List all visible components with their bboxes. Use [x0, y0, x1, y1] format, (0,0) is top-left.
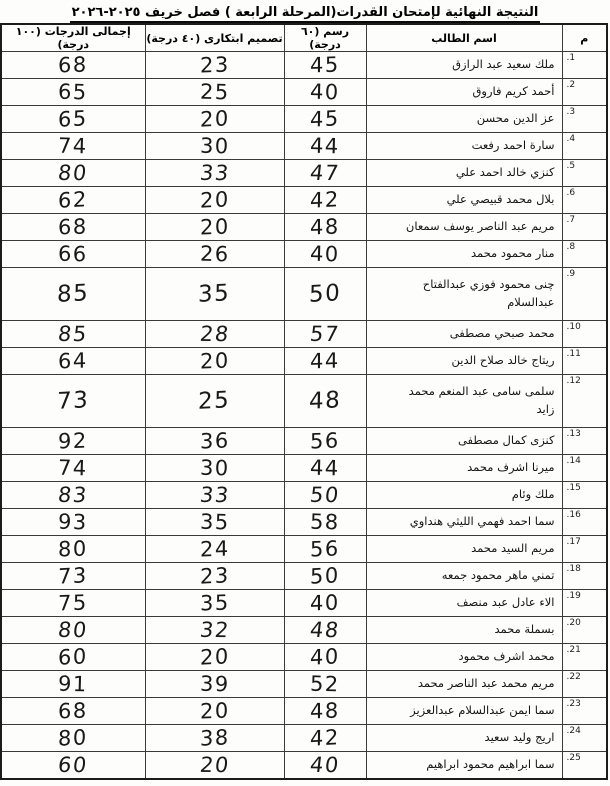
score-design-text: 24 — [200, 536, 230, 561]
score-drawing: 56 — [284, 536, 366, 563]
score-total: 85 — [1, 268, 145, 321]
row-index: 22. — [562, 671, 607, 698]
score-design: 23 — [145, 563, 284, 590]
row-index-text: 15. — [567, 483, 581, 493]
score-drawing-text: 52 — [310, 672, 340, 697]
student-name-text: أحمد كريم فاروق — [472, 84, 554, 98]
table-row: 10.محمد صبحي مصطفى572885 — [1, 321, 607, 348]
score-total: 73 — [1, 375, 145, 428]
score-drawing-text: 45 — [310, 106, 340, 132]
score-drawing: 47 — [284, 160, 366, 187]
score-design-text: 30 — [199, 456, 229, 481]
score-design-text: 33 — [198, 483, 230, 507]
student-name: تمني ماهر محمود جمعه — [366, 563, 562, 590]
student-name-text: ملك وئام — [512, 487, 555, 501]
score-drawing: 50 — [284, 268, 366, 321]
score-drawing-text: 44 — [310, 456, 340, 481]
table-row: 25.سما ابراهيم محمود ابراهيم402060 — [1, 752, 607, 779]
score-drawing-text: 48 — [310, 214, 340, 239]
score-total: 80 — [1, 160, 145, 187]
score-total: 85 — [1, 321, 145, 348]
score-drawing: 44 — [284, 348, 366, 375]
score-total-text: 66 — [58, 242, 88, 267]
score-design-text: 20 — [200, 348, 230, 373]
score-design: 30 — [145, 133, 284, 160]
student-name: سلمى سامى عبد المنعم محمد زايد — [366, 375, 562, 428]
row-index-text: 2. — [567, 80, 576, 90]
score-design-text: 20 — [199, 644, 229, 670]
student-name-text: منار محمود محمد — [471, 246, 555, 260]
score-design: 20 — [145, 214, 284, 241]
student-name: ملك سعيد عبد الرازق — [366, 52, 562, 79]
score-drawing: 52 — [284, 671, 366, 698]
table-row: 2.أحمد كريم فاروق402565 — [1, 79, 607, 106]
student-name: أحمد كريم فاروق — [366, 79, 562, 106]
score-drawing-text: 44 — [310, 134, 340, 159]
score-design: 25 — [145, 79, 284, 106]
score-drawing-text: 50 — [309, 483, 341, 507]
header-total: إجمالى الدرجات (١٠٠ درجة) — [1, 24, 145, 52]
student-name: بلال محمد قبيصي علي — [366, 187, 562, 214]
student-name-text: چنى محمود فوزي عبدالفتاح عبدالسلام — [397, 276, 555, 312]
row-index: 10. — [562, 321, 607, 348]
table-row: 21.محمد اشرف محمود402060 — [1, 644, 607, 671]
score-drawing-text: 42 — [310, 187, 340, 213]
score-design-text: 35 — [198, 280, 231, 308]
score-total: 65 — [1, 106, 145, 133]
score-design: 33 — [145, 160, 284, 187]
score-total-text: 60 — [58, 644, 88, 670]
row-index: 9. — [562, 268, 607, 321]
score-design-text: 20 — [200, 214, 230, 239]
score-drawing: 48 — [284, 214, 366, 241]
score-total: 65 — [1, 79, 145, 106]
score-drawing-text: 50 — [310, 563, 340, 589]
score-design: 23 — [145, 52, 284, 79]
student-name: چنى محمود فوزي عبدالفتاح عبدالسلام — [366, 268, 562, 321]
score-design: 28 — [145, 321, 284, 348]
score-total-text: 65 — [58, 80, 88, 105]
score-total-text: 85 — [57, 280, 90, 308]
student-name: الاء عادل عبد منصف — [366, 590, 562, 617]
scanned-results-sheet: النتيجة النهائية لإمتحان القدرات(المرحلة… — [0, 0, 610, 786]
score-drawing-text: 57 — [309, 322, 341, 346]
score-design-text: 20 — [200, 698, 230, 723]
row-index-text: 7. — [567, 215, 576, 225]
score-total-text: 91 — [58, 672, 88, 697]
score-total: 68 — [1, 214, 145, 241]
table-row: 5.كنزي خالد احمد علي473380 — [1, 160, 607, 187]
row-index-text: 22. — [567, 672, 581, 682]
row-index: 20. — [562, 617, 607, 644]
score-drawing: 40 — [284, 590, 366, 617]
table-row: 12.سلمى سامى عبد المنعم محمد زايد482573 — [1, 375, 607, 428]
score-design-text: 20 — [199, 187, 229, 213]
student-name-text: سارة احمد رفعت — [472, 138, 555, 152]
score-design-text: 32 — [198, 618, 230, 642]
score-design-text: 23 — [200, 52, 230, 77]
results-tbody: 1.ملك سعيد عبد الرازق4523682.أحمد كريم ف… — [1, 52, 607, 779]
score-total: 73 — [1, 563, 145, 590]
student-name-text: مريم محمد عبد الناصر محمد — [418, 676, 555, 690]
student-name-text: سما ابراهيم محمود ابراهيم — [426, 757, 554, 771]
student-name-text: محمد اشرف محمود — [459, 649, 555, 663]
table-row: 18.تمني ماهر محمود جمعه502373 — [1, 563, 607, 590]
score-total: 62 — [1, 187, 145, 214]
table-row: 22.مريم محمد عبد الناصر محمد523991 — [1, 671, 607, 698]
student-name: كنزي خالد احمد علي — [366, 160, 562, 187]
row-index-text: 5. — [567, 161, 576, 171]
score-total: 80 — [1, 536, 145, 563]
row-index: 18. — [562, 563, 607, 590]
score-drawing: 48 — [284, 617, 366, 644]
row-index-text: 13. — [567, 429, 581, 439]
row-index: 17. — [562, 536, 607, 563]
score-total-text: 73 — [58, 563, 88, 589]
row-index: 15. — [562, 482, 607, 509]
student-name-text: سما ايمن عبدالسلام عبدالعزيز — [410, 703, 554, 717]
row-index-text: 3. — [567, 107, 576, 117]
score-drawing: 42 — [284, 187, 366, 214]
score-drawing: 40 — [284, 241, 366, 268]
student-name: بسملة محمد — [366, 617, 562, 644]
score-design-text: 20 — [198, 753, 230, 777]
score-total-text: 74 — [58, 134, 88, 159]
score-total: 64 — [1, 348, 145, 375]
student-name-text: الاء عادل عبد منصف — [457, 595, 555, 609]
score-drawing: 40 — [284, 752, 366, 779]
student-name-text: مريم السيد محمد — [471, 541, 554, 555]
row-index: 2. — [562, 79, 607, 106]
row-index-text: 20. — [567, 618, 581, 628]
row-index: 21. — [562, 644, 607, 671]
score-design: 24 — [145, 536, 284, 563]
score-design: 20 — [145, 106, 284, 133]
score-design: 39 — [145, 671, 284, 698]
score-drawing-text: 40 — [310, 644, 340, 670]
student-name: اريج وليد سعيد — [366, 725, 562, 752]
row-index-text: 18. — [567, 564, 581, 574]
score-total: 75 — [1, 590, 145, 617]
row-index-text: 10. — [567, 322, 581, 332]
score-total: 74 — [1, 455, 145, 482]
header-drawing: رسم (٦٠ درجة) — [284, 24, 366, 52]
student-name: منار محمود محمد — [366, 241, 562, 268]
student-name: سارة احمد رفعت — [366, 133, 562, 160]
student-name-text: كنزى كمال مصطفى — [458, 433, 555, 447]
row-index-text: 4. — [567, 134, 576, 144]
score-total: 68 — [1, 52, 145, 79]
score-total: 66 — [1, 241, 145, 268]
score-design: 35 — [145, 268, 284, 321]
score-drawing-text: 47 — [309, 161, 341, 185]
student-name: مريم السيد محمد — [366, 536, 562, 563]
score-design: 20 — [145, 752, 284, 779]
student-name-text: مريم عبد الناصر يوسف سمعان — [406, 219, 555, 233]
header-index: م — [562, 24, 607, 52]
score-total-text: 68 — [58, 52, 88, 77]
student-name-text: بلال محمد قبيصي علي — [447, 192, 555, 206]
score-total-text: 75 — [58, 590, 88, 615]
row-index-text: 21. — [567, 645, 581, 655]
score-design-text: 35 — [199, 510, 229, 535]
score-drawing: 40 — [284, 79, 366, 106]
student-name-text: تمني ماهر محمود جمعه — [442, 568, 555, 582]
score-total-text: 85 — [57, 322, 89, 346]
score-design-text: 36 — [200, 428, 230, 453]
table-row: 15.ملك وئام503383 — [1, 482, 607, 509]
table-row: 14.ميرنا اشرف محمد443074 — [1, 455, 607, 482]
score-drawing: 42 — [284, 725, 366, 752]
score-design: 38 — [145, 725, 284, 752]
table-row: 24.اريج وليد سعيد423880 — [1, 725, 607, 752]
row-index: 6. — [562, 187, 607, 214]
row-index: 16. — [562, 509, 607, 536]
score-drawing-text: 44 — [310, 348, 340, 373]
score-drawing: 45 — [284, 52, 366, 79]
student-name: مريم محمد عبد الناصر محمد — [366, 671, 562, 698]
score-design-text: 30 — [199, 134, 229, 159]
score-total: 74 — [1, 133, 145, 160]
row-index-text: 6. — [567, 188, 576, 198]
score-total: 83 — [1, 482, 145, 509]
score-total-text: 92 — [58, 428, 88, 453]
score-drawing: 50 — [284, 563, 366, 590]
student-name: ريتاج خالد صلاح الدين — [366, 348, 562, 375]
score-design-text: 23 — [199, 563, 229, 589]
row-index: 25. — [562, 752, 607, 779]
row-index-text: 16. — [567, 510, 581, 520]
score-design-text: 38 — [199, 725, 229, 751]
student-name: كنزى كمال مصطفى — [366, 428, 562, 455]
score-drawing-text: 58 — [310, 510, 340, 535]
table-row: 9.چنى محمود فوزي عبدالفتاح عبدالسلام5035… — [1, 268, 607, 321]
row-index-text: 19. — [567, 591, 581, 601]
score-total-text: 80 — [57, 618, 89, 642]
score-design: 20 — [145, 187, 284, 214]
score-design: 30 — [145, 455, 284, 482]
table-row: 16.سما احمد فهمي الليثي هنداوي583593 — [1, 509, 607, 536]
student-name: عز الدين محسن — [366, 106, 562, 133]
score-total-text: 65 — [58, 106, 88, 132]
student-name-text: ملك سعيد عبد الرازق — [452, 57, 554, 71]
table-row: 23.سما ايمن عبدالسلام عبدالعزيز482068 — [1, 698, 607, 725]
score-total: 60 — [1, 752, 145, 779]
row-index-text: 1. — [567, 53, 576, 63]
score-total-text: 64 — [58, 348, 88, 373]
score-drawing: 40 — [284, 644, 366, 671]
score-total-text: 80 — [57, 161, 89, 185]
score-drawing: 50 — [284, 482, 366, 509]
row-index: 3. — [562, 106, 607, 133]
row-index: 8. — [562, 241, 607, 268]
row-index: 5. — [562, 160, 607, 187]
table-row: 20.بسملة محمد483280 — [1, 617, 607, 644]
table-row: 1.ملك سعيد عبد الرازق452368 — [1, 52, 607, 79]
row-index-text: 12. — [567, 376, 581, 386]
header-student-name: اسم الطالب — [366, 24, 562, 52]
table-row: 19.الاء عادل عبد منصف403575 — [1, 590, 607, 617]
score-design-text: 25 — [198, 387, 231, 415]
table-row: 11.ريتاج خالد صلاح الدين442064 — [1, 348, 607, 375]
row-index-text: 17. — [567, 537, 581, 547]
score-design-text: 33 — [198, 161, 230, 185]
score-drawing: 58 — [284, 509, 366, 536]
student-name: ملك وئام — [366, 482, 562, 509]
score-drawing-text: 40 — [310, 590, 340, 615]
student-name: مريم عبد الناصر يوسف سمعان — [366, 214, 562, 241]
score-total: 60 — [1, 644, 145, 671]
score-total-text: 62 — [58, 187, 88, 213]
table-row: 8.منار محمود محمد402666 — [1, 241, 607, 268]
table-row: 7.مريم عبد الناصر يوسف سمعان482068 — [1, 214, 607, 241]
student-name-text: سلمى سامى عبد المنعم محمد زايد — [397, 383, 555, 419]
score-total-text: 60 — [57, 753, 89, 777]
score-design: 20 — [145, 644, 284, 671]
score-drawing-text: 45 — [310, 52, 340, 77]
row-index-text: 23. — [567, 699, 581, 709]
table-row: 17.مريم السيد محمد562480 — [1, 536, 607, 563]
score-design-text: 20 — [199, 106, 229, 132]
header-design: تصميم ابتكارى (٤٠ درجة) — [145, 24, 284, 52]
score-total: 80 — [1, 617, 145, 644]
score-design: 20 — [145, 698, 284, 725]
row-index: 13. — [562, 428, 607, 455]
score-design: 20 — [145, 348, 284, 375]
score-design: 35 — [145, 590, 284, 617]
score-drawing: 44 — [284, 455, 366, 482]
row-index-text: 14. — [567, 456, 581, 466]
score-drawing: 45 — [284, 106, 366, 133]
score-drawing-text: 48 — [309, 618, 341, 642]
row-index: 23. — [562, 698, 607, 725]
score-drawing-text: 48 — [309, 387, 342, 415]
score-drawing-text: 56 — [310, 428, 340, 453]
title-row: النتيجة النهائية لإمتحان القدرات(المرحلة… — [0, 0, 610, 21]
score-total: 68 — [1, 698, 145, 725]
score-design: 35 — [145, 509, 284, 536]
results-table: م اسم الطالب رسم (٦٠ درجة) تصميم ابتكارى… — [0, 23, 608, 780]
score-drawing-text: 40 — [310, 242, 340, 267]
student-name-text: ميرنا اشرف محمد — [467, 460, 554, 474]
page-title: النتيجة النهائية لإمتحان القدرات(المرحلة… — [70, 5, 541, 23]
score-drawing: 57 — [284, 321, 366, 348]
score-drawing: 44 — [284, 133, 366, 160]
row-index: 7. — [562, 214, 607, 241]
row-index-text: 8. — [567, 242, 576, 252]
score-drawing-text: 56 — [310, 536, 340, 561]
row-index: 1. — [562, 52, 607, 79]
row-index: 14. — [562, 455, 607, 482]
score-drawing: 48 — [284, 698, 366, 725]
student-name: ميرنا اشرف محمد — [366, 455, 562, 482]
score-total: 93 — [1, 509, 145, 536]
score-total-text: 68 — [58, 214, 88, 239]
score-design-text: 28 — [198, 322, 230, 346]
score-drawing-text: 40 — [309, 753, 341, 777]
score-design: 32 — [145, 617, 284, 644]
row-index-text: 11. — [567, 349, 581, 359]
student-name-text: بسملة محمد — [494, 622, 554, 636]
row-index: 12. — [562, 375, 607, 428]
row-index: 19. — [562, 590, 607, 617]
student-name: سما احمد فهمي الليثي هنداوي — [366, 509, 562, 536]
score-design-text: 26 — [199, 242, 229, 267]
table-row: 3.عز الدين محسن452065 — [1, 106, 607, 133]
student-name-text: كنزي خالد احمد علي — [456, 165, 555, 179]
table-row: 6.بلال محمد قبيصي علي422062 — [1, 187, 607, 214]
table-row: 4.سارة احمد رفعت443074 — [1, 133, 607, 160]
score-drawing-text: 50 — [309, 280, 342, 308]
score-total-text: 80 — [58, 536, 88, 561]
score-design: 26 — [145, 241, 284, 268]
student-name-text: اريج وليد سعيد — [485, 730, 555, 744]
score-drawing: 56 — [284, 428, 366, 455]
score-design-text: 39 — [199, 672, 229, 697]
student-name-text: ريتاج خالد صلاح الدين — [451, 353, 554, 367]
score-drawing-text: 40 — [310, 80, 340, 105]
student-name-text: عز الدين محسن — [477, 111, 555, 125]
table-row: 13.كنزى كمال مصطفى563692 — [1, 428, 607, 455]
score-drawing-text: 42 — [310, 725, 340, 751]
student-name: سما ابراهيم محمود ابراهيم — [366, 752, 562, 779]
student-name-text: سما احمد فهمي الليثي هنداوي — [410, 514, 555, 528]
header-row: م اسم الطالب رسم (٦٠ درجة) تصميم ابتكارى… — [1, 24, 607, 52]
score-total-text: 80 — [58, 725, 88, 751]
student-name: محمد اشرف محمود — [366, 644, 562, 671]
score-total-text: 68 — [58, 698, 88, 723]
row-index: 24. — [562, 725, 607, 752]
score-design-text: 25 — [199, 80, 229, 105]
score-total: 91 — [1, 671, 145, 698]
student-name: محمد صبحي مصطفى — [366, 321, 562, 348]
score-design: 25 — [145, 375, 284, 428]
row-index: 4. — [562, 133, 607, 160]
row-index-text: 9. — [567, 269, 576, 279]
score-total: 92 — [1, 428, 145, 455]
score-total-text: 93 — [58, 510, 88, 535]
row-index-text: 24. — [567, 726, 581, 736]
student-name: سما ايمن عبدالسلام عبدالعزيز — [366, 698, 562, 725]
score-drawing: 48 — [284, 375, 366, 428]
score-drawing-text: 48 — [310, 698, 340, 723]
score-design-text: 35 — [200, 590, 230, 615]
score-design: 36 — [145, 428, 284, 455]
score-total: 80 — [1, 725, 145, 752]
row-index: 11. — [562, 348, 607, 375]
score-design: 33 — [145, 482, 284, 509]
score-total-text: 73 — [57, 387, 90, 415]
student-name-text: محمد صبحي مصطفى — [450, 326, 555, 340]
row-index-text: 25. — [567, 753, 581, 763]
score-total-text: 83 — [57, 483, 89, 507]
score-total-text: 74 — [58, 456, 88, 481]
